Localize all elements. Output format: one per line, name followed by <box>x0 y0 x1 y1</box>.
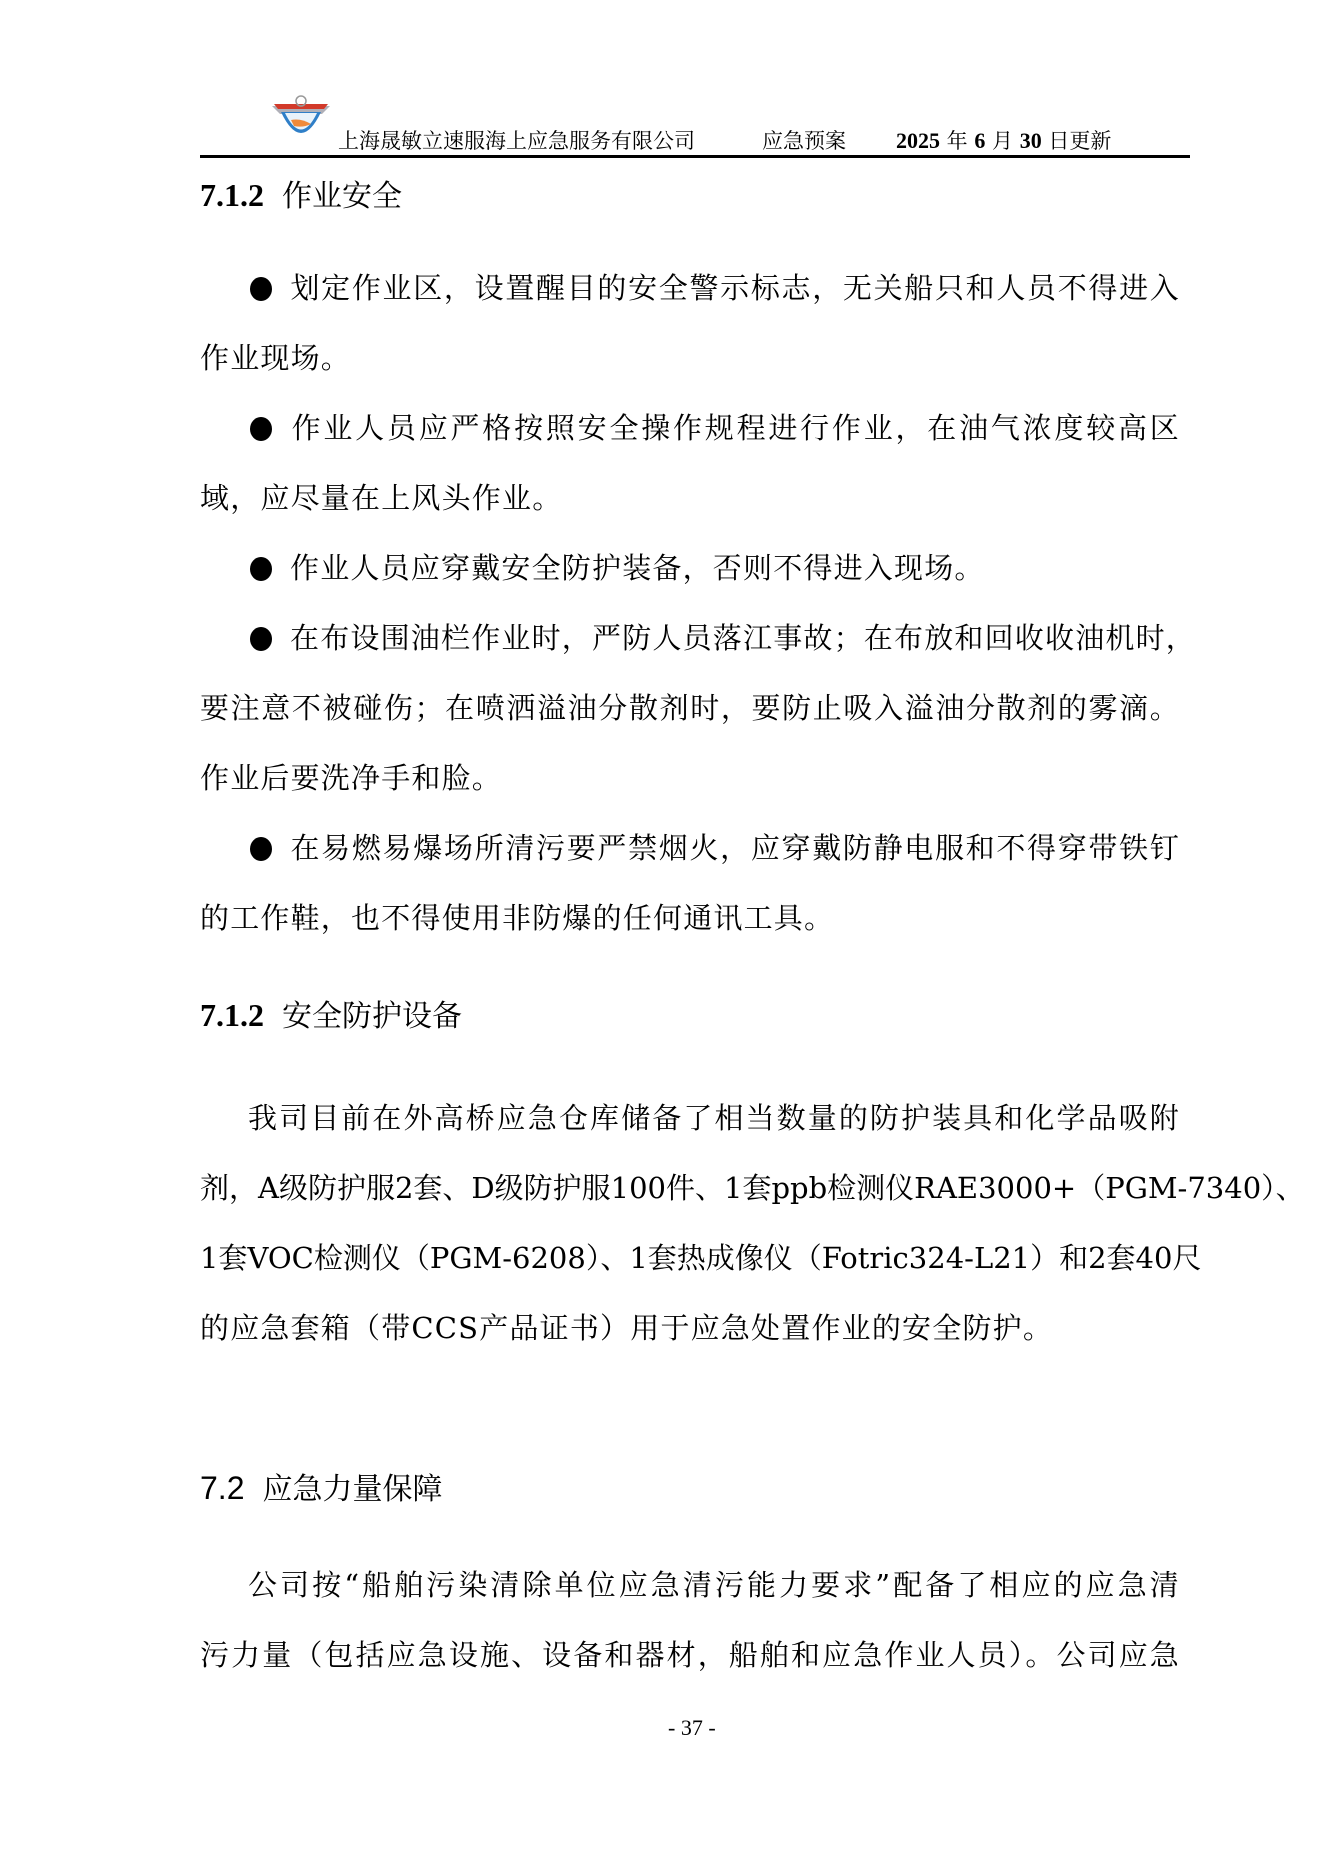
header-divider <box>200 155 1190 158</box>
date-day-unit: 日更新 <box>1042 129 1112 153</box>
paragraph-line: 1套VOC检测仪（PGM-6208）、1套热成像仪（Fotric324-L21）… <box>200 1238 1180 1278</box>
bullet-item: 在布设围油栏作业时，严防人员落江事故；在布放和回收收油机时， <box>250 618 1180 658</box>
bullet-item: 划定作业区，设置醒目的安全警示标志，无关船只和人员不得进入 <box>250 268 1180 308</box>
header-update-date: 2025 年 6 月 30 日更新 <box>896 128 1111 154</box>
bullet-continuation: 作业后要洗净手和脸。 <box>200 758 1180 798</box>
bullet-continuation: 作业现场。 <box>200 338 1180 378</box>
date-month: 6 <box>974 128 985 153</box>
header-company-name: 上海晟敏立速服海上应急服务有限公司 <box>338 128 695 154</box>
bullet-text: 在易燃易爆场所清污要严禁烟火，应穿戴防静电服和不得穿带铁钉 <box>290 831 1180 865</box>
bullet-text: 作业人员应穿戴安全防护装备，否则不得进入现场。 <box>290 551 985 585</box>
section-number: 7.1.2 <box>200 177 264 213</box>
paragraph-line: 公司按“船舶污染清除单位应急清污能力要求”配备了相应的应急清 <box>248 1565 1180 1605</box>
paragraph-line: 剂，A级防护服2套、D级防护服100件、1套ppb检测仪RAE3000+（PGM… <box>200 1168 1180 1208</box>
bullet-icon <box>250 837 272 861</box>
bullet-text: 在布设围油栏作业时，严防人员落江事故；在布放和回收收油机时， <box>290 621 1196 655</box>
bullet-icon <box>250 277 272 301</box>
bullet-item: 在易燃易爆场所清污要严禁烟火，应穿戴防静电服和不得穿带铁钉 <box>250 828 1180 868</box>
date-month-unit: 月 <box>985 129 1019 153</box>
paragraph-line: 我司目前在外高桥应急仓库储备了相当数量的防护装具和化学品吸附 <box>248 1098 1180 1138</box>
bullet-icon <box>250 557 272 581</box>
bullet-continuation: 域，应尽量在上风头作业。 <box>200 478 1180 518</box>
section-heading-work-safety: 7.1.2作业安全 <box>200 175 402 217</box>
section-number: 7.1.2 <box>200 997 264 1033</box>
paragraph-line: 的应急套箱（带CCS产品证书）用于应急处置作业的安全防护。 <box>200 1308 1180 1348</box>
bullet-continuation: 要注意不被碰伤；在喷洒溢油分散剂时，要防止吸入溢油分散剂的雾滴。 <box>200 688 1180 728</box>
section-title: 作业安全 <box>282 179 402 214</box>
section-number: 7.2 <box>200 1470 244 1506</box>
company-logo-icon <box>270 92 332 148</box>
date-day: 30 <box>1020 128 1042 153</box>
header-document-type: 应急预案 <box>762 128 846 154</box>
page-number: - 37 - <box>668 1714 716 1742</box>
section-heading-protective-equipment: 7.1.2安全防护设备 <box>200 995 462 1037</box>
bullet-icon <box>250 627 272 651</box>
bullet-text: 划定作业区，设置醒目的安全警示标志，无关船只和人员不得进入 <box>290 271 1180 305</box>
paragraph-line: 污力量（包括应急设施、设备和器材，船舶和应急作业人员）。公司应急 <box>200 1635 1180 1675</box>
section-title: 安全防护设备 <box>282 999 462 1034</box>
bullet-text: 作业人员应严格按照安全操作规程进行作业，在油气浓度较高区 <box>290 411 1180 445</box>
bullet-continuation: 的工作鞋，也不得使用非防爆的任何通讯工具。 <box>200 898 1180 938</box>
bullet-icon <box>250 417 272 441</box>
bullet-item: 作业人员应严格按照安全操作规程进行作业，在油气浓度较高区 <box>250 408 1180 448</box>
section-title: 应急力量保障 <box>262 1472 442 1507</box>
date-year-unit: 年 <box>940 129 974 153</box>
bullet-item: 作业人员应穿戴安全防护装备，否则不得进入现场。 <box>250 548 1180 588</box>
date-year: 2025 <box>896 128 940 153</box>
section-heading-emergency-force: 7.2应急力量保障 <box>200 1468 442 1510</box>
